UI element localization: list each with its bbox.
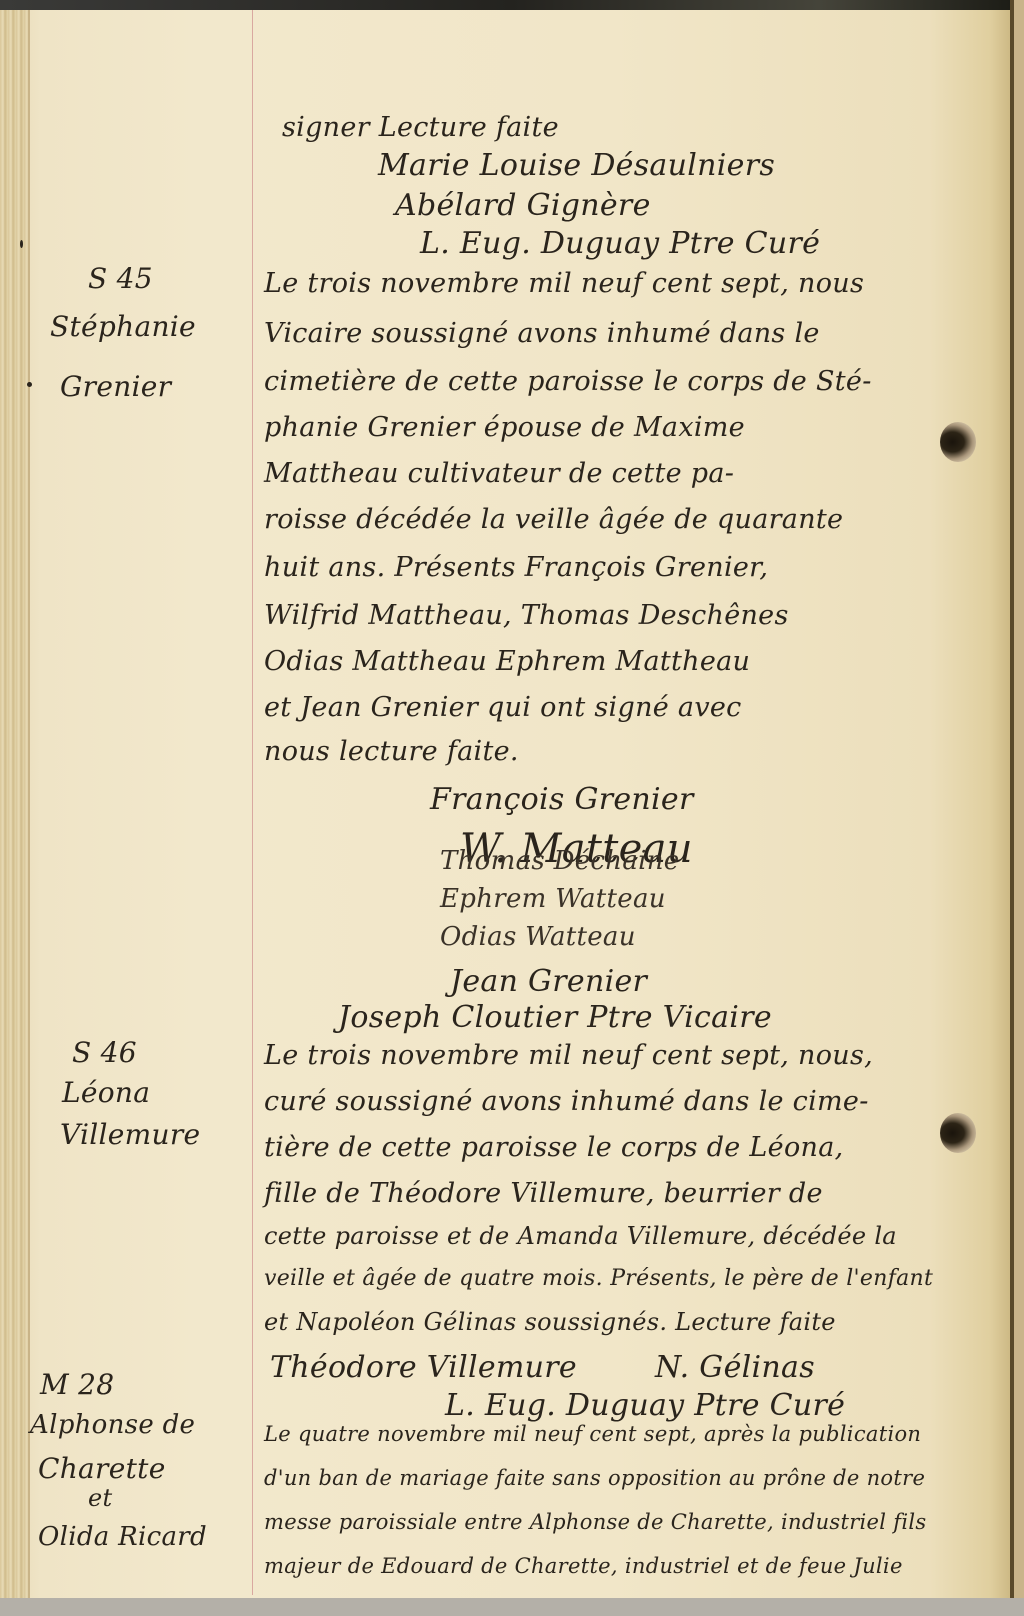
- margin-rule: [252, 10, 253, 1595]
- signature: N. Gélinas: [655, 1350, 815, 1385]
- entry-margin-name: Alphonse de: [30, 1410, 195, 1440]
- signature: François Grenier: [430, 782, 694, 817]
- signature: Jean Grenier: [450, 964, 647, 999]
- entry-body-line: veille et âgée de quatre mois. Présents,…: [264, 1266, 933, 1291]
- entry-margin-conjunction: et: [88, 1484, 112, 1512]
- entry-body-line: Vicaire soussigné avons inhumé dans le: [264, 318, 820, 349]
- entry-body-line: d'un ban de mariage faite sans oppositio…: [264, 1466, 925, 1490]
- punch-hole: [940, 422, 976, 462]
- signature: L. Eug. Duguay Ptre Curé: [445, 1388, 845, 1423]
- entry-body-line: huit ans. Présents François Grenier,: [264, 552, 768, 583]
- punch-hole: [940, 1113, 976, 1153]
- entry-body-line: et Napoléon Gélinas soussignés. Lecture …: [264, 1308, 836, 1336]
- entry-number: S 45: [88, 262, 153, 295]
- entry-body-line: Odias Mattheau Ephrem Mattheau: [264, 646, 750, 677]
- entry-body-line: Le quatre novembre mil neuf cent sept, a…: [264, 1422, 921, 1446]
- entry-body-line: Mattheau cultivateur de cette pa-: [264, 458, 734, 489]
- carryover-line: signer Lecture faite: [282, 112, 559, 143]
- ink-mark: [27, 382, 32, 387]
- signature-line-odias: Odias Watteau: [440, 922, 636, 952]
- book-binding: [0, 10, 30, 1600]
- entry-number: M 28: [40, 1368, 114, 1401]
- signature-line-thomas: Thomas Déchaine: [440, 846, 680, 876]
- entry-body-line: cimetière de cette paroisse le corps de …: [264, 366, 872, 397]
- next-page-edge: [1014, 0, 1024, 1616]
- entry-body-line: Le trois novembre mil neuf cent sept, no…: [264, 1040, 873, 1071]
- entry-margin-name: Stéphanie: [50, 310, 196, 343]
- signature: Joseph Cloutier Ptre Vicaire: [338, 1000, 772, 1035]
- entry-body-line: cette paroisse et de Amanda Villemure, d…: [264, 1222, 897, 1250]
- page-right-edge: [1010, 0, 1014, 1600]
- entry-body-line: curé soussigné avons inhumé dans le cime…: [264, 1086, 869, 1117]
- entry-margin-name: Villemure: [60, 1118, 200, 1151]
- scan-bottom-edge: [0, 1598, 1024, 1616]
- signature-line-ephrem: Ephrem Watteau: [440, 884, 666, 914]
- signature: Marie Louise Désaulniers: [378, 148, 775, 183]
- entry-body-line: tière de cette paroisse le corps de Léon…: [264, 1132, 843, 1163]
- entry-margin-name: Charette: [38, 1452, 166, 1485]
- entry-margin-name: Léona: [62, 1076, 150, 1109]
- entry-body-line: phanie Grenier épouse de Maxime: [264, 412, 745, 443]
- entry-body-line: roisse décédée la veille âgée de quarant…: [264, 504, 843, 535]
- entry-margin-name: Olida Ricard: [38, 1522, 207, 1552]
- entry-body-line: fille de Théodore Villemure, beurrier de: [264, 1178, 823, 1209]
- binding-edge: [28, 10, 30, 1600]
- entry-body-line: majeur de Edouard de Charette, industrie…: [264, 1554, 903, 1578]
- signature: Théodore Villemure: [270, 1350, 577, 1385]
- entry-margin-name: Grenier: [60, 370, 171, 403]
- entry-body-line: messe paroissiale entre Alphonse de Char…: [264, 1510, 926, 1534]
- entry-body-line: Wilfrid Mattheau, Thomas Deschênes: [264, 600, 789, 631]
- signature: L. Eug. Duguay Ptre Curé: [420, 226, 820, 261]
- entry-body-line: et Jean Grenier qui ont signé avec: [264, 692, 742, 723]
- entry-number: S 46: [72, 1036, 137, 1069]
- signature: Abélard Gignère: [395, 188, 651, 223]
- ink-mark: [20, 240, 23, 248]
- entry-body-line: nous lecture faite.: [264, 736, 519, 767]
- entry-body-line: Le trois novembre mil neuf cent sept, no…: [264, 268, 864, 299]
